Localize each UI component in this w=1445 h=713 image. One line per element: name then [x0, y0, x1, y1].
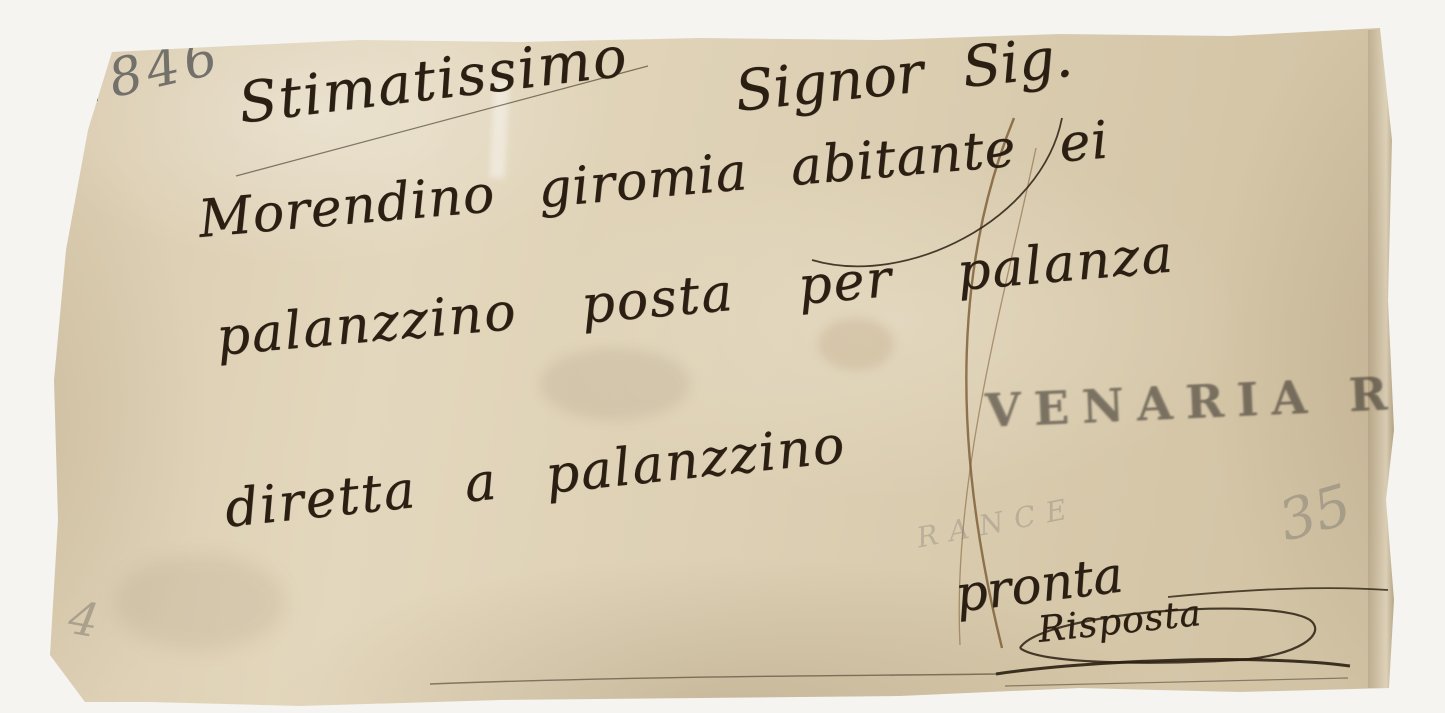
pencil-rate-mark: 35 [1272, 472, 1358, 554]
address-line-direction: diretta a palanzzino [222, 415, 849, 540]
bottom-scratch-line [1005, 678, 1348, 686]
address-line-town: palanzzino posta per palanza [214, 224, 1177, 368]
ink-smudge-stain [540, 348, 690, 420]
straight-line-postmark: VENARIA R [984, 366, 1401, 438]
pencil-annotation: RANCE [914, 491, 1080, 554]
right-fold-crease [1368, 30, 1394, 688]
salutation-word-right: Signor Sig. [732, 25, 1075, 125]
scanned-letter-scene: 1846 Stimatissimo Signor Sig. Morendino … [0, 0, 1445, 713]
bottom-underline-thin [430, 674, 996, 684]
address-line-recipient: Morendino giromia abitante ei [196, 110, 1111, 249]
letter-paper: 1846 Stimatissimo Signor Sig. Morendino … [0, 0, 1445, 713]
brown-stain [818, 318, 894, 370]
bottom-underline-flourish [996, 660, 1350, 674]
salutation-word-left: Stimatissimo [235, 24, 632, 136]
corner-soil-stain [115, 555, 285, 650]
ink-flourish-overlay [0, 0, 1445, 713]
pencil-year-notation: 1846 [66, 26, 228, 119]
pronta-dash-line [1168, 588, 1388, 597]
pencil-corner-mark: 4 [65, 590, 103, 648]
